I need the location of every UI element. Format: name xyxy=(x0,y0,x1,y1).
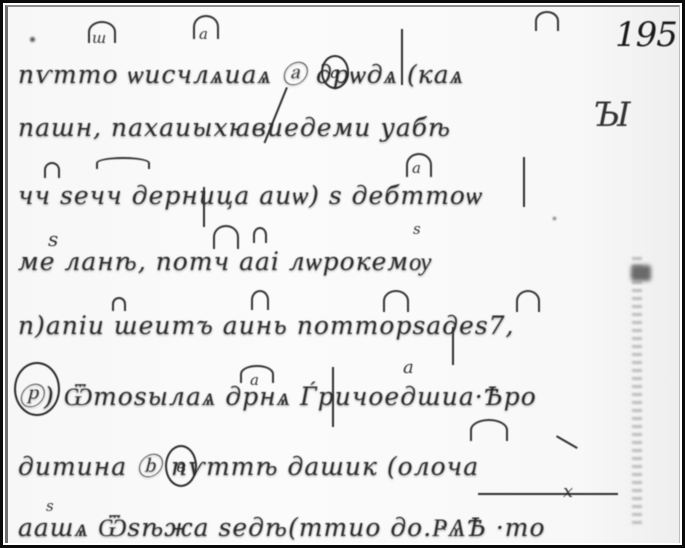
manuscript-page: 195 Ꙑ ш а а пѵтто ѡисчлѧиаѧ ⓐ дрѡдѧ (каѧ… xyxy=(5,5,680,543)
descender-stroke xyxy=(523,157,525,207)
flourish-stroke xyxy=(556,435,578,449)
manuscript-line-2: пашн, пахаиыхꙗвиедеми уабѣ xyxy=(18,113,451,142)
ascender-stroke xyxy=(332,367,334,427)
titlo-hook xyxy=(112,297,126,311)
titlo-hook xyxy=(213,225,239,249)
document-frame: 195 Ꙑ ш а а пѵтто ѡисчлѧиаѧ ⓐ дрѡдѧ (каѧ… xyxy=(0,0,685,548)
titlo-hook xyxy=(516,290,540,312)
manuscript-line-1: пѵтто ѡисчлѧиаѧ ⓐ дрѡдѧ (каѧ xyxy=(18,55,464,91)
superscript-letter: ш xyxy=(92,29,106,47)
superscript-letter: а xyxy=(199,25,208,43)
ink-dot xyxy=(553,217,556,220)
binding-gutter xyxy=(632,257,642,527)
page-number: 195 xyxy=(615,15,677,55)
titlo-hook xyxy=(535,11,559,31)
titlo-hook xyxy=(253,227,267,243)
margin-mark: Ꙑ xyxy=(593,95,631,135)
superscript-letter: а xyxy=(412,159,421,177)
manuscript-line-4: ме ланѣ, потч ааі лѡрокемѹ xyxy=(18,247,432,277)
ascender-stroke xyxy=(401,29,403,85)
manuscript-line-7: дитина ⓑ пѵттѣ дашик (олоча xyxy=(18,447,479,483)
descender-stroke xyxy=(452,327,454,365)
titlo-hook xyxy=(383,290,409,312)
manuscript-line-5: п)апіи шеитъ аинь потторѕадеѕ7, xyxy=(18,311,515,340)
titlo-hook xyxy=(44,162,60,178)
superscript-letter: ѕ xyxy=(413,220,421,238)
superscript-letter: х xyxy=(563,481,573,502)
ink-dot xyxy=(30,37,35,42)
binding-stain xyxy=(631,265,651,281)
manuscript-line-8: аашѧ Ѿѕѣжа ѕедѣ(ттио до.ҎѦѢ ·то xyxy=(18,513,546,543)
descender-stroke xyxy=(203,187,205,227)
overline-stroke xyxy=(478,493,618,495)
manuscript-line-3: чч ѕечч дерница аиѡ) ѕ дебттоѡ xyxy=(18,181,483,211)
manuscript-line-6: ⓟ) Ѿтоѕылаѧ дрнѧ Ѓричоедшиа·Ѣро xyxy=(18,377,537,413)
titlo-hook xyxy=(470,419,508,441)
superscript-letter: а xyxy=(403,357,414,378)
titlo-hook xyxy=(96,157,150,169)
titlo-hook xyxy=(251,290,269,310)
